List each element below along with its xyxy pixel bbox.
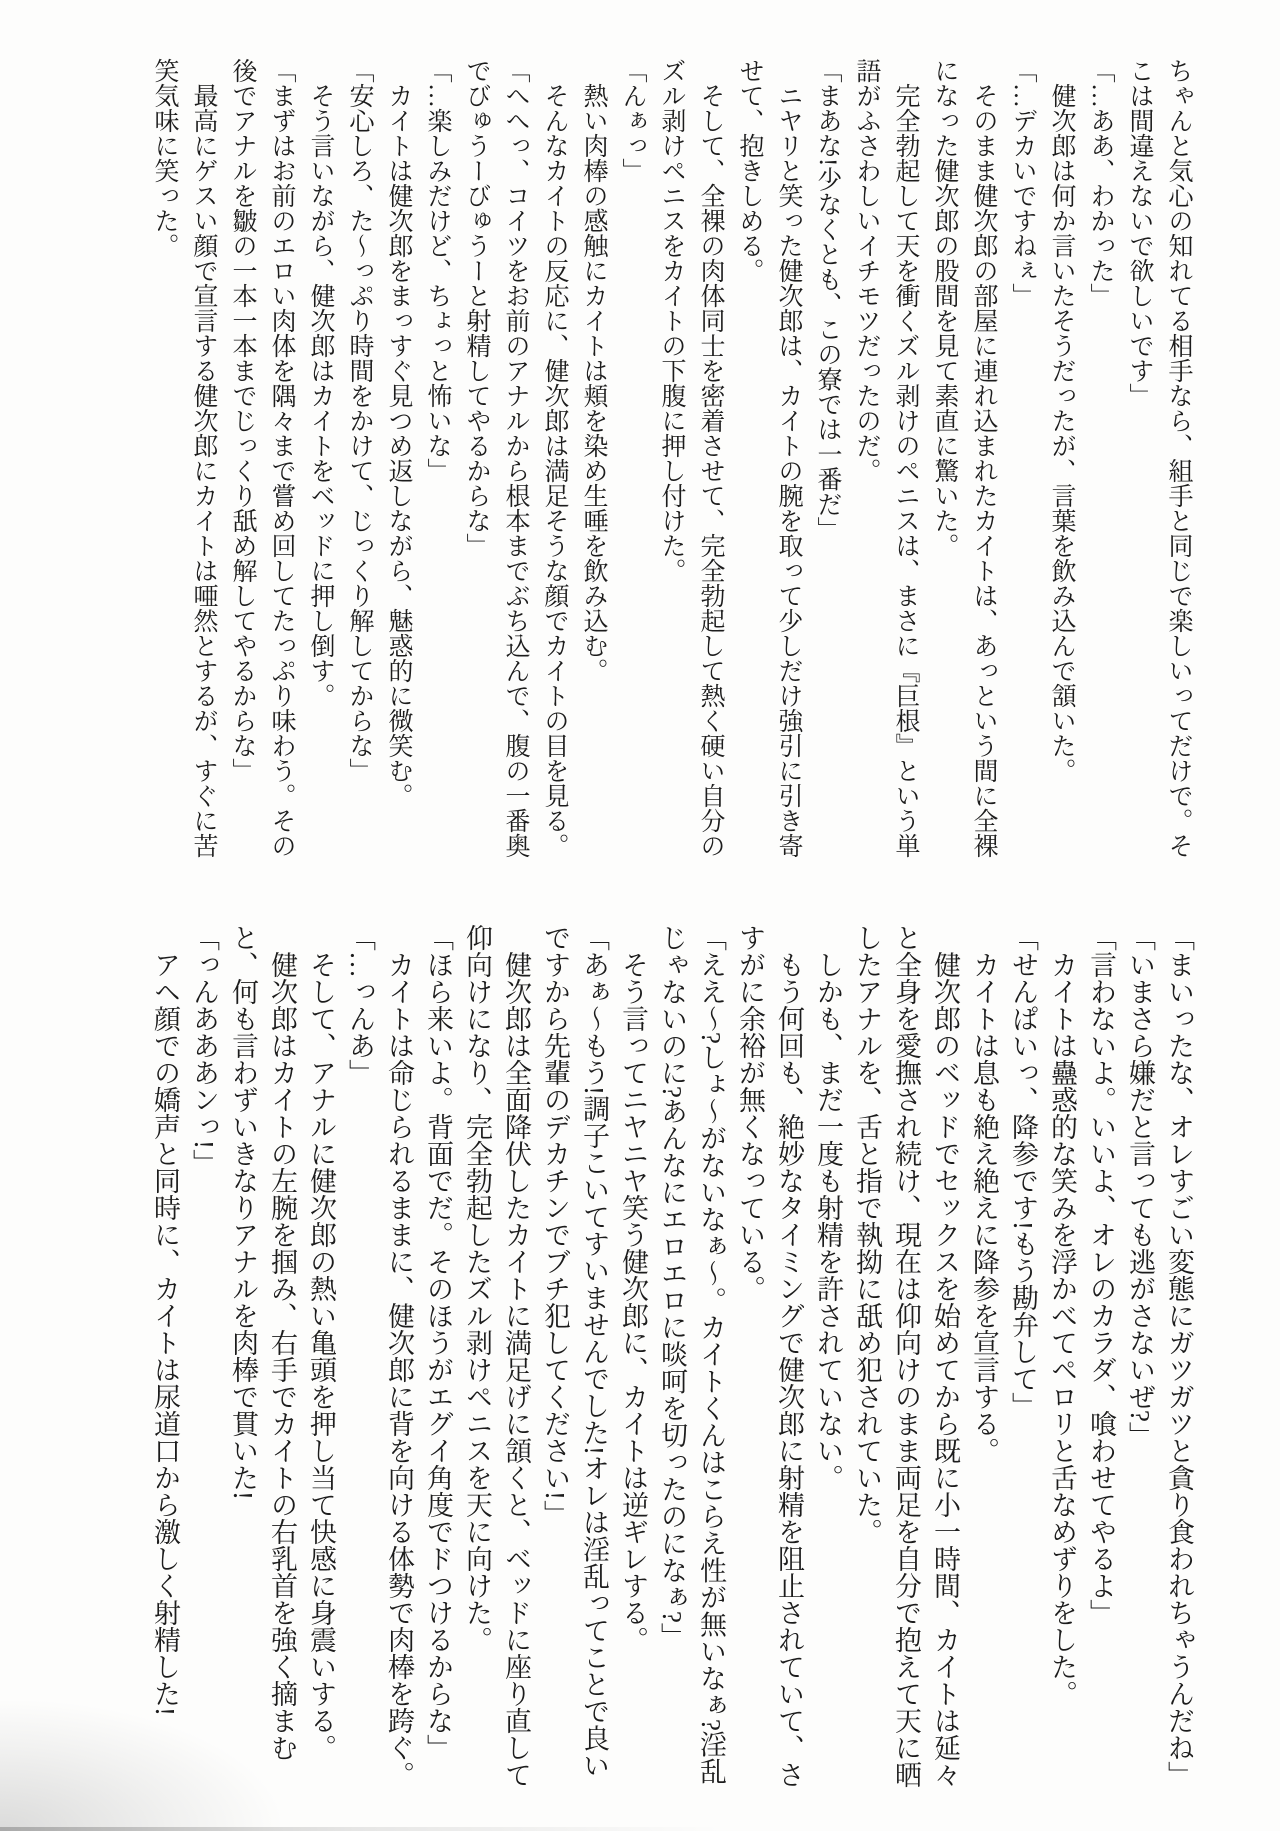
scan-bottom-edge-artifact [0, 1827, 720, 1831]
paragraph: 「…楽しみだけど、ちょっと怖いな」 [418, 58, 457, 860]
paragraph: 熱い肉棒の感触にカイトは頬を染め生唾を飲み込む。 [574, 58, 613, 860]
paragraph: 健次郎は全面降伏したカイトに満足げに頷くと、ベッドに座り直して仰向けになり、完全… [457, 924, 535, 1802]
paragraph: 「いまさら嫌だと言っても逃がさないぜ?」 [1120, 924, 1159, 1802]
text-band-bottom: 「まいったな、オレすごい変態にガツガツと貪り食われちゃうんだね」「いまさら嫌だと… [78, 924, 1198, 1802]
paragraph: 「んぁっ」 [613, 58, 652, 860]
paragraph: 「安心しろ、た〜っぷり時間をかけて、じっくり解してからな」 [340, 58, 379, 860]
paragraph: 「…っんあ」 [340, 924, 379, 1802]
paragraph: もう何回も、絶妙なタイミングで健次郎に射精を阻止されていて、さすがに余裕が無くな… [730, 924, 808, 1802]
paragraph: 「まいったな、オレすごい変態にガツガツと貪り食われちゃうんだね」 [1159, 924, 1198, 1802]
paragraph: アヘ顔での嬌声と同時に、カイトは尿道口から激しく射精した! [145, 924, 184, 1802]
paragraph: 「…ああ、わかった」 [1081, 58, 1120, 860]
paragraph: 最高にゲスい顔で宣言する健次郎にカイトは唖然とするが、すぐに苦笑気味に笑った。 [145, 58, 223, 860]
paragraph: カイトは息も絶え絶えに降参を宣言する。 [964, 924, 1003, 1802]
paragraph: ニヤリと笑った健次郎は、カイトの腕を取って少しだけ強引に引き寄せて、抱きしめる。 [730, 58, 808, 860]
paragraph: 「せんぱいっ、降参です!もう勘弁して」 [1003, 924, 1042, 1802]
paragraph: 完全勃起して天を衝くズル剥けのペニスは、まさに『巨根』という単語がふさわしいイチ… [847, 58, 925, 860]
paragraph: そう言ってニヤニヤ笑う健次郎に、カイトは逆ギレする。 [613, 924, 652, 1802]
paragraph: カイトは健次郎をまっすぐ見つめ返しながら、魅惑的に微笑む。 [379, 58, 418, 860]
paragraph: 「まあな!少なくとも、この寮では一番だ」 [808, 58, 847, 860]
paragraph: 「言わないよ。いいよ、オレのカラダ、喰わせてやるよ」 [1081, 924, 1120, 1802]
scanned-page: ちゃんと気心の知れてる相手なら、組手と同じで楽しいってだけで。そこは間違えないで… [0, 0, 1280, 1831]
paragraph: カイトは命じられるままに、健次郎に背を向ける体勢で肉棒を跨ぐ。 [379, 924, 418, 1802]
text-band-top: ちゃんと気心の知れてる相手なら、組手と同じで楽しいってだけで。そこは間違えないで… [78, 58, 1198, 860]
paragraph: 「まずはお前のエロい肉体を隅々まで嘗め回してたっぷり味わう。その後でアナルを皺の… [223, 58, 301, 860]
paragraph: そして、全裸の肉体同士を密着させて、完全勃起して熱く硬い自分のズル剥けペニスをカ… [652, 58, 730, 860]
paragraph: しかも、まだ一度も射精を許されていない。 [808, 924, 847, 1802]
paragraph: 健次郎はカイトの左腕を掴み、右手でカイトの右乳首を強く摘まむと、何も言わずいきな… [223, 924, 301, 1802]
paragraph: 「あぁ〜もう!調子こいてすいませんでした!オレは淫乱ってことで良いですから先輩の… [535, 924, 613, 1802]
paragraph: カイトは蠱惑的な笑みを浮かべてペロリと舌なめずりをした。 [1042, 924, 1081, 1802]
paragraph: 「へへっ、コイツをお前のアナルから根本までぶち込んで、腹の一番奥でびゅうーびゅう… [457, 58, 535, 860]
paragraph: そんなカイトの反応に、健次郎は満足そうな顔でカイトの目を見る。 [535, 58, 574, 860]
paragraph: 健次郎は何か言いたそうだったが、言葉を飲み込んで頷いた。 [1042, 58, 1081, 860]
paragraph: そう言いながら、健次郎はカイトをベッドに押し倒す。 [301, 58, 340, 860]
paragraph: そして、アナルに健次郎の熱い亀頭を押し当て快感に身震いする。 [301, 924, 340, 1802]
paragraph: 「っんあああンっ!」 [184, 924, 223, 1802]
paragraph: そのまま健次郎の部屋に連れ込まれたカイトは、あっという間に全裸になった健次郎の股… [925, 58, 1003, 860]
paragraph: 「…デカいですねぇ」 [1003, 58, 1042, 860]
paragraph: ちゃんと気心の知れてる相手なら、組手と同じで楽しいってだけで。そこは間違えないで… [1120, 58, 1198, 860]
paragraph: 健次郎のベッドでセックスを始めてから既に小一時間、カイトは延々と全身を愛撫され続… [847, 924, 964, 1802]
paragraph: 「ええ〜?しょ〜がないなぁ〜。カイトくんはこらえ性が無いなぁ?淫乱じゃないのに?… [652, 924, 730, 1802]
paragraph: 「ほら来いよ。背面でだ。そのほうがエグイ角度でドつけるからな」 [418, 924, 457, 1802]
